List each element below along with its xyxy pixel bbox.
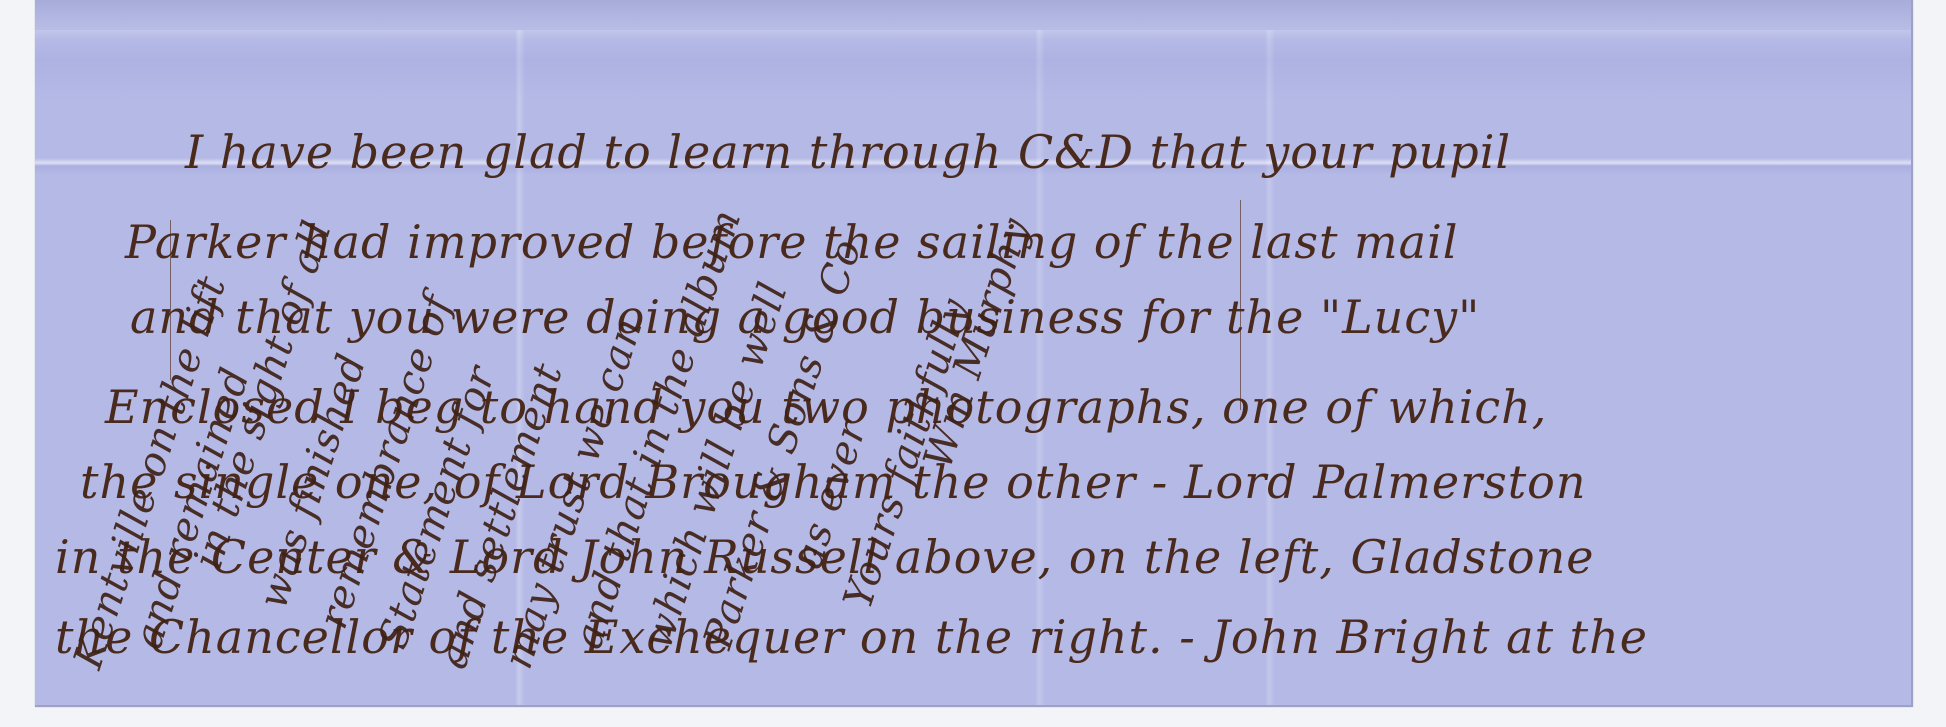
letter-line-1: I have been glad to learn through C&D th… bbox=[185, 125, 1511, 179]
paper-fold bbox=[35, 0, 1911, 30]
letter-paper: I have been glad to learn through C&D th… bbox=[35, 0, 1913, 707]
letter-line-7: the Chancellor of the Exchequer on the r… bbox=[55, 610, 1648, 664]
